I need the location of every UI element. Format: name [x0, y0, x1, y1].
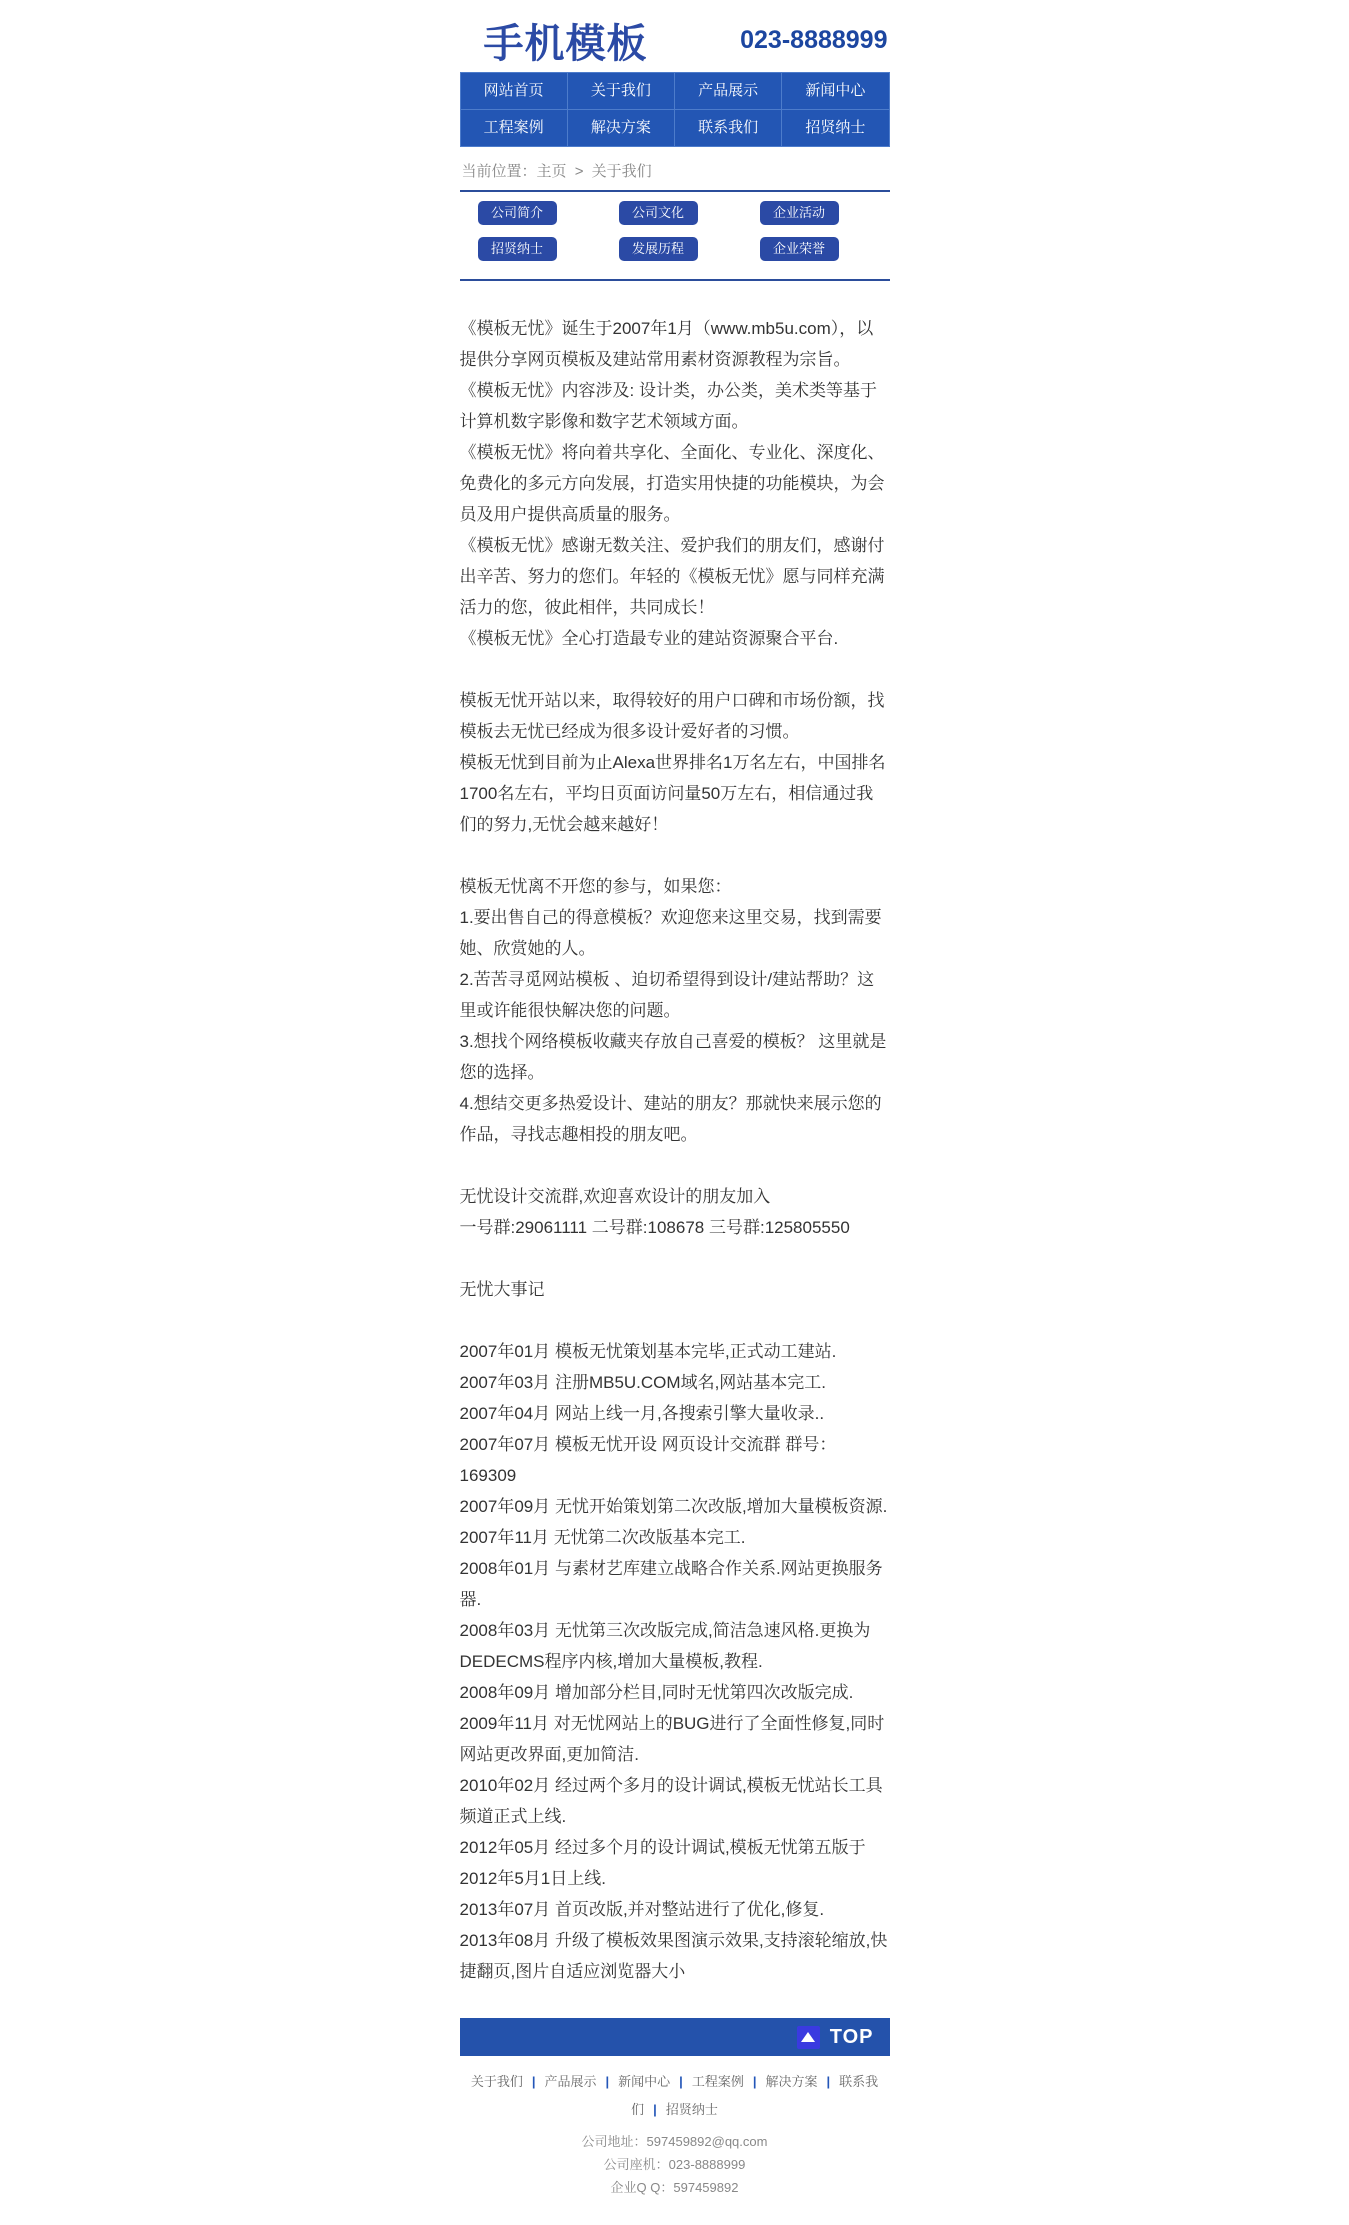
article-paragraph: 2012年05月 经过多个月的设计调试,模板无忧第五版于2012年5月1日上线. — [460, 1832, 890, 1894]
footer-link-关于我们[interactable]: 关于我们 — [471, 2074, 523, 2089]
article-paragraph: 2007年11月 无忧第二次改版基本完工. — [460, 1522, 890, 1553]
footer-link-工程案例[interactable]: 工程案例 — [692, 2074, 744, 2089]
footer-link-separator: | — [753, 2074, 757, 2089]
footer: 关于我们|产品展示|新闻中心|工程案例|解决方案|联系我们|招贤纳士 公司地址：… — [460, 2056, 890, 2209]
article-paragraph: 2013年08月 升级了模板效果图演示效果,支持滚轮缩放,快捷翻页,图片自适应浏… — [460, 1925, 890, 1987]
breadcrumb: 当前位置：主页 > 关于我们 — [460, 160, 890, 181]
article-paragraph: 2008年09月 增加部分栏目,同时无忧第四次改版完成. — [460, 1677, 890, 1708]
nav-item-招贤纳士[interactable]: 招贤纳士 — [782, 110, 888, 146]
header-phone-number: 023-8888999 — [740, 26, 887, 55]
breadcrumb-label: 当前位置： — [462, 163, 537, 180]
article-paragraph: 模板无忧到目前为止Alexa世界排名1万名左右，中国排名1700名左右，平均日页… — [460, 747, 890, 840]
article-paragraph: 2010年02月 经过两个多月的设计调试,模板无忧站长工具频道正式上线. — [460, 1770, 890, 1832]
footer-link-产品展示[interactable]: 产品展示 — [545, 2074, 597, 2089]
article-paragraph: 《模板无忧》全心打造最专业的建站资源聚合平台. — [460, 623, 890, 654]
article-section-6: 2007年01月 模板无忧策划基本完毕,正式动工建站.2007年03月 注册MB… — [460, 1336, 890, 1987]
article-paragraph: 一号群:29061111 二号群:108678 三号群:125805550 — [460, 1212, 890, 1243]
article-section-5: 无忧大事记 — [460, 1274, 890, 1305]
article-paragraph: 1.要出售自己的得意模板？欢迎您来这里交易，找到需要她、欣赏她的人。 — [460, 902, 890, 964]
article-paragraph: 2008年01月 与素材艺库建立战略合作关系.网站更换服务器. — [460, 1553, 890, 1615]
nav-item-联系我们[interactable]: 联系我们 — [675, 110, 781, 146]
article-section-2: 模板无忧开站以来，取得较好的用户口碑和市场份额，找模板去无忧已经成为很多设计爱好… — [460, 685, 890, 840]
footer-links: 关于我们|产品展示|新闻中心|工程案例|解决方案|联系我们|招贤纳士 — [460, 2068, 890, 2124]
site-header: 手机模板 023-8888999 — [460, 14, 890, 66]
article-paragraph: 2007年09月 无忧开始策划第二次改版,增加大量模板资源. — [460, 1491, 890, 1522]
footer-link-招贤纳士[interactable]: 招贤纳士 — [666, 2102, 718, 2117]
main-nav: 网站首页关于我们产品展示新闻中心工程案例解决方案联系我们招贤纳士 — [460, 72, 890, 147]
footer-contact-line: 公司座机：023-8888999 — [460, 2153, 890, 2176]
quicklink-企业荣誉[interactable]: 企业荣誉 — [760, 237, 839, 261]
arrow-up-icon — [797, 2026, 820, 2049]
article-paragraph: 《模板无忧》内容涉及: 设计类，办公类，美术类等基于计算机数字影像和数字艺术领域… — [460, 375, 890, 437]
footer-contact-line: 企业Q Q：597459892 — [460, 2176, 890, 2199]
footer-contact-line: 公司地址：597459892@qq.com — [460, 2130, 890, 2153]
breadcrumb-current: 关于我们 — [592, 163, 652, 180]
article-section-3: 模板无忧离不开您的参与，如果您：1.要出售自己的得意模板？欢迎您来这里交易，找到… — [460, 871, 890, 1150]
article-paragraph: 模板无忧离不开您的参与，如果您： — [460, 871, 890, 902]
quicklink-公司简介[interactable]: 公司简介 — [478, 201, 557, 225]
quicklinks: 公司简介公司文化企业活动招贤纳士发展历程企业荣誉 — [460, 192, 890, 270]
nav-item-关于我们[interactable]: 关于我们 — [568, 73, 674, 109]
footer-link-separator: | — [532, 2074, 536, 2089]
breadcrumb-separator: > — [575, 163, 584, 180]
article-section-4: 无忧设计交流群,欢迎喜欢设计的朋友加入一号群:29061111 二号群:1086… — [460, 1181, 890, 1243]
quicklink-企业活动[interactable]: 企业活动 — [760, 201, 839, 225]
quicklink-公司文化[interactable]: 公司文化 — [619, 201, 698, 225]
breadcrumb-home-link[interactable]: 主页 — [537, 163, 567, 180]
site-logo[interactable]: 手机模板 — [484, 12, 648, 69]
article-body: 《模板无忧》诞生于2007年1月（www.mb5u.com），以提供分享网页模板… — [460, 313, 890, 1987]
quicklink-发展历程[interactable]: 发展历程 — [619, 237, 698, 261]
quicklink-招贤纳士[interactable]: 招贤纳士 — [478, 237, 557, 261]
article-paragraph: 2013年07月 首页改版,并对整站进行了优化,修复. — [460, 1894, 890, 1925]
nav-item-工程案例[interactable]: 工程案例 — [461, 110, 567, 146]
article-paragraph: 4.想结交更多热爱设计、建站的朋友？那就快来展示您的作品，寻找志趣相投的朋友吧。 — [460, 1088, 890, 1150]
nav-item-新闻中心[interactable]: 新闻中心 — [782, 73, 888, 109]
divider-bottom — [460, 279, 890, 281]
footer-link-separator: | — [679, 2074, 683, 2089]
article-paragraph: 无忧设计交流群,欢迎喜欢设计的朋友加入 — [460, 1181, 890, 1212]
footer-link-解决方案[interactable]: 解决方案 — [765, 2074, 817, 2089]
page: 手机模板 023-8888999 网站首页关于我们产品展示新闻中心工程案例解决方… — [0, 0, 1349, 2225]
article-paragraph: 2007年07月 模板无忧开设 网页设计交流群 群号：169309 — [460, 1429, 890, 1491]
article-paragraph: 《模板无忧》将向着共享化、全面化、专业化、深度化、免费化的多元方向发展，打造实用… — [460, 437, 890, 530]
article-paragraph: 2009年11月 对无忧网站上的BUG进行了全面性修复,同时网站更改界面,更加简… — [460, 1708, 890, 1770]
footer-link-separator: | — [826, 2074, 830, 2089]
footer-link-新闻中心[interactable]: 新闻中心 — [618, 2074, 670, 2089]
article-paragraph: 模板无忧开站以来，取得较好的用户口碑和市场份额，找模板去无忧已经成为很多设计爱好… — [460, 685, 890, 747]
nav-item-网站首页[interactable]: 网站首页 — [461, 73, 567, 109]
footer-link-separator: | — [653, 2102, 657, 2117]
article-paragraph: 《模板无忧》感谢无数关注、爱护我们的朋友们，感谢付出辛苦、努力的您们。年轻的《模… — [460, 530, 890, 623]
nav-item-产品展示[interactable]: 产品展示 — [675, 73, 781, 109]
article-paragraph: 2007年01月 模板无忧策划基本完毕,正式动工建站. — [460, 1336, 890, 1367]
footer-contact: 公司地址：597459892@qq.com公司座机：023-8888999企业Q… — [460, 2130, 890, 2199]
article-paragraph: 2008年03月 无忧第三次改版完成,简洁急速风格.更换为DEDECMS程序内核… — [460, 1615, 890, 1677]
nav-item-解决方案[interactable]: 解决方案 — [568, 110, 674, 146]
back-to-top-bar[interactable]: TOP — [460, 2018, 890, 2056]
article-paragraph: 3.想找个网络模板收藏夹存放自己喜爱的模板？ 这里就是您的选择。 — [460, 1026, 890, 1088]
footer-link-separator: | — [606, 2074, 610, 2089]
article-paragraph: 《模板无忧》诞生于2007年1月（www.mb5u.com），以提供分享网页模板… — [460, 313, 890, 375]
article-section-1: 《模板无忧》诞生于2007年1月（www.mb5u.com），以提供分享网页模板… — [460, 313, 890, 654]
back-to-top-label: TOP — [830, 2026, 874, 2049]
content-column: 手机模板 023-8888999 网站首页关于我们产品展示新闻中心工程案例解决方… — [460, 0, 890, 2209]
article-paragraph: 2007年04月 网站上线一月,各搜索引擎大量收录.. — [460, 1398, 890, 1429]
article-paragraph: 无忧大事记 — [460, 1274, 890, 1305]
article-paragraph: 2.苦苦寻觅网站模板 、迫切希望得到设计/建站帮助？这里或许能很快解决您的问题。 — [460, 964, 890, 1026]
article-paragraph: 2007年03月 注册MB5U.COM域名,网站基本完工. — [460, 1367, 890, 1398]
